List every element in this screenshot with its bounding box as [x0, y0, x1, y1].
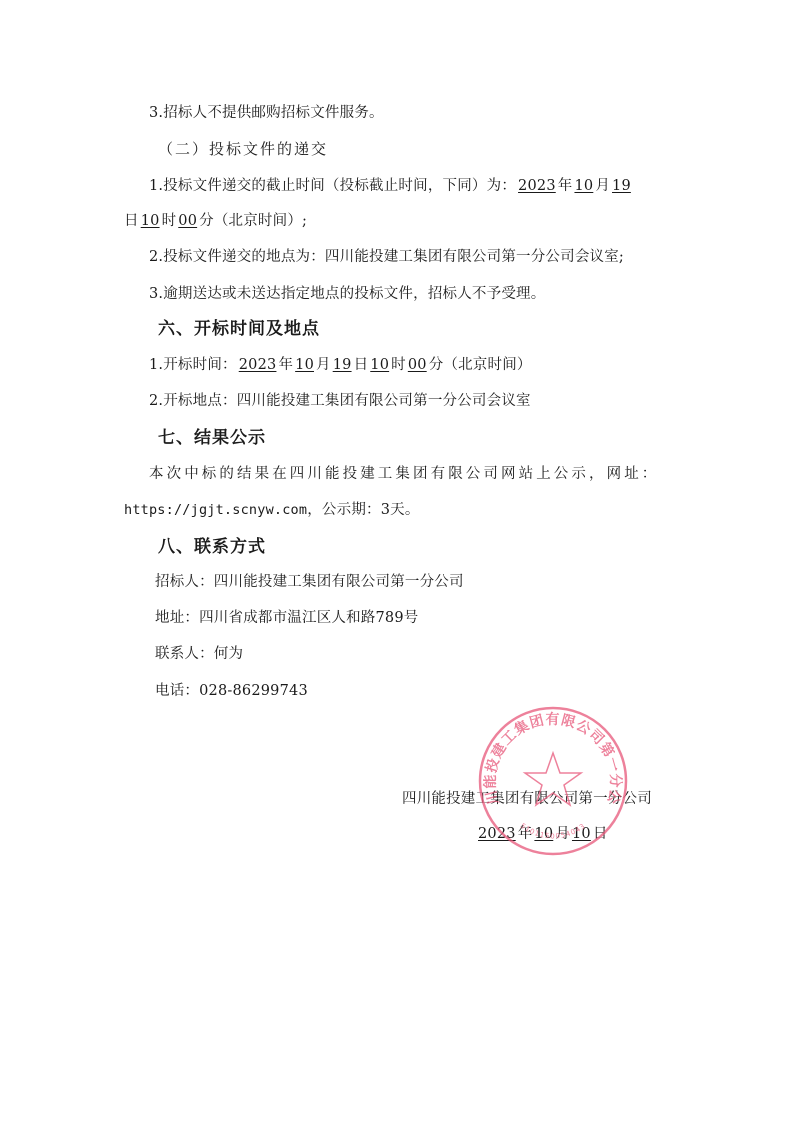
section6-item2: 2.开标地点：四川能投建工集团有限公司第一分公司会议室 — [149, 391, 531, 411]
opening-minute-unit: 分 — [429, 357, 444, 373]
signature-date: 2023年10月10日 — [476, 824, 608, 844]
deadline-minute-unit: 分 — [199, 213, 214, 229]
result-url-link[interactable]: https://jgjt.scnyw.com — [124, 502, 307, 518]
signature-day-unit: 日 — [593, 826, 608, 842]
section5-item3: 3.招标人不提供邮购招标文件服务。 — [149, 103, 384, 123]
signature-company: 四川能投建工集团有限公司第一分公司 — [402, 789, 652, 809]
deadline-day-unit: 日 — [124, 213, 139, 229]
signature-month: 10 — [532, 826, 555, 842]
opening-day: 19 — [331, 357, 354, 373]
deadline-hour: 10 — [139, 213, 162, 229]
contact-phone: 电话：028-86299743 — [155, 681, 308, 701]
subsection2-item2: 2.投标文件递交的地点为：四川能投建工集团有限公司第一分公司会议室; — [149, 247, 624, 267]
deadline-month: 10 — [572, 178, 595, 194]
signature-month-unit: 月 — [555, 826, 570, 842]
opening-year: 2023 — [237, 357, 279, 373]
deadline-year: 2023 — [516, 178, 558, 194]
section7-title: 七、结果公示 — [158, 427, 266, 449]
opening-month: 10 — [293, 357, 316, 373]
section7-body-line2: https://jgjt.scnyw.com，公示期：3天。 — [124, 500, 420, 520]
subsection2-title: （二）投标文件的递交 — [158, 139, 328, 159]
contact-address: 地址：四川省成都市温江区人和路789号 — [155, 608, 418, 628]
subsection2-item1-line2: 日10时00分（北京时间）; — [124, 211, 307, 231]
contact-person: 联系人：何为 — [155, 644, 243, 664]
deadline-hour-unit: 时 — [162, 213, 177, 229]
subsection2-item1-line1: 1.投标文件递交的截止时间（投标截止时间，下同）为：2023年10月19 — [149, 176, 633, 196]
deadline-prefix: 1.投标文件递交的截止时间（投标截止时间，下同）为： — [149, 178, 516, 194]
deadline-suffix: （北京时间）; — [214, 213, 307, 229]
section8-title: 八、联系方式 — [158, 536, 266, 558]
opening-prefix: 1.开标时间： — [149, 357, 237, 373]
deadline-day: 19 — [610, 178, 633, 194]
signature-year-unit: 年 — [518, 826, 533, 842]
section6-title: 六、开标时间及地点 — [158, 318, 320, 340]
deadline-minute: 00 — [176, 213, 199, 229]
opening-minute: 00 — [406, 357, 429, 373]
section6-item1: 1.开标时间：2023年10月19日10时00分（北京时间） — [149, 355, 532, 375]
deadline-year-unit: 年 — [558, 178, 573, 194]
section7-body-line1: 本次中标的结果在四川能投建工集团有限公司网站上公示，网址： — [149, 464, 659, 484]
signature-year: 2023 — [476, 826, 518, 842]
subsection2-item3: 3.逾期送达或未送达指定地点的投标文件，招标人不予受理。 — [149, 284, 545, 304]
opening-month-unit: 月 — [316, 357, 331, 373]
opening-day-unit: 日 — [354, 357, 369, 373]
contact-tenderer: 招标人：四川能投建工集团有限公司第一分公司 — [155, 572, 464, 592]
deadline-month-unit: 月 — [595, 178, 610, 194]
opening-hour-unit: 时 — [391, 357, 406, 373]
signature-day: 10 — [570, 826, 593, 842]
opening-suffix: （北京时间） — [443, 357, 531, 373]
opening-year-unit: 年 — [278, 357, 293, 373]
result-period: ，公示期：3天。 — [307, 502, 419, 518]
document-page: 3.招标人不提供邮购招标文件服务。 （二）投标文件的递交 1.投标文件递交的截止… — [0, 0, 794, 1123]
opening-hour: 10 — [368, 357, 391, 373]
